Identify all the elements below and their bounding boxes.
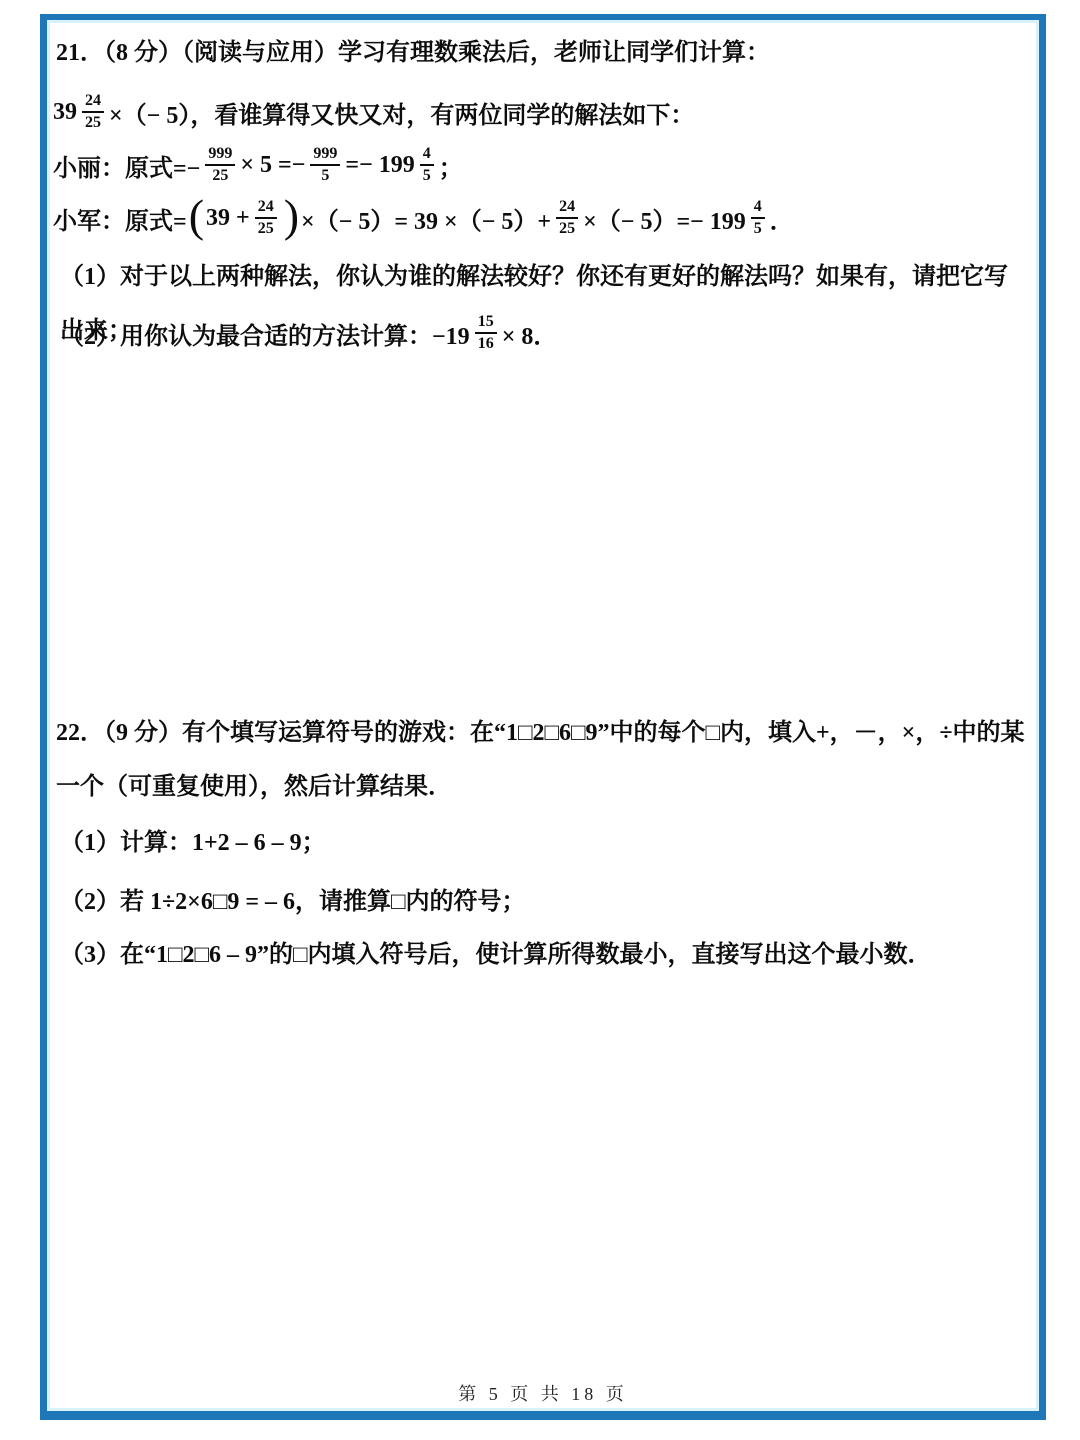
math-text: ； (439, 148, 463, 183)
math-text: =− 199 (345, 152, 414, 179)
fraction: 45 (420, 145, 434, 184)
math-text: × 8． (502, 316, 558, 351)
fraction: 9995 (310, 145, 340, 184)
page-number-footer: 第 5 页 共 18 页 (40, 1380, 1046, 1406)
problem22-item3: （3）在“1□2□6 – 9”的□内填入符号后，使计算所得数最小，直接写出这个最… (60, 928, 1030, 982)
big-parenthesis: ( (189, 193, 204, 239)
math-text: （2）用你认为最合适的方法计算：−19 (60, 316, 470, 351)
problem21-item2: （2）用你认为最合适的方法计算：−191516× 8． (60, 301, 1030, 365)
problem22-item2: （2）若 1÷2×6□9 = – 6，请推算□内的符号； (60, 875, 1030, 929)
fraction: 1516 (475, 313, 497, 352)
math-text: 小军：原式= (53, 201, 187, 236)
fraction: 2425 (82, 92, 104, 131)
math-text: 39 (53, 99, 77, 126)
problem21-solution-xiaojun: 小军：原式=(39 +2425)×（− 5）= 39 ×（− 5）+2425×（… (53, 186, 1030, 250)
problem22-intro: 22．（9 分）有个填写运算符号的游戏：在“1□2□6□9”中的每个□内，填入+… (56, 706, 1030, 814)
problem21-intro: 21．（8 分）（阅读与应用）学习有理数乘法后，老师让同学们计算： (56, 26, 1030, 80)
fraction: 99925 (205, 145, 235, 184)
problem22-item1: （1）计算：1+2 – 6 – 9； (60, 816, 1030, 870)
big-parenthesis: ) (284, 193, 299, 239)
fraction: 45 (751, 198, 765, 237)
math-text: ×（− 5），看谁算得又快又对，有两位同学的解法如下： (109, 95, 694, 130)
math-text: ． (770, 201, 794, 236)
fraction: 2425 (255, 198, 277, 237)
math-text: × 5 =− (240, 152, 305, 179)
exam-page: 21．（8 分）（阅读与应用）学习有理数乘法后，老师让同学们计算： 392425… (0, 0, 1080, 1440)
fraction: 2425 (556, 198, 578, 237)
math-text: 小丽：原式=− (53, 148, 200, 183)
math-text: 39 + (206, 205, 250, 232)
math-text: ×（− 5）=− 199 (583, 201, 746, 236)
math-text: ×（− 5）= 39 ×（− 5）+ (301, 201, 551, 236)
